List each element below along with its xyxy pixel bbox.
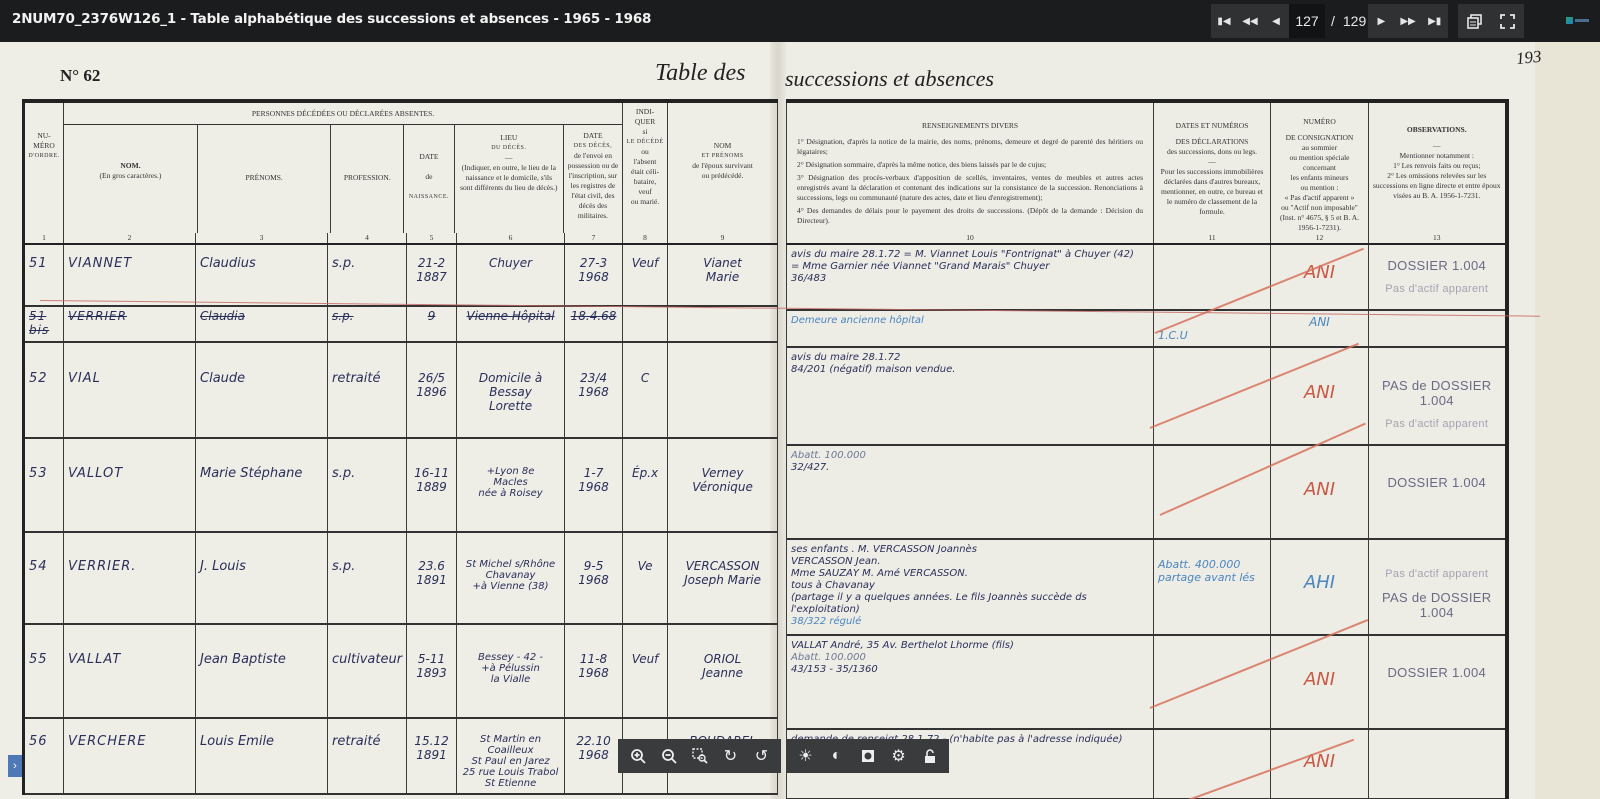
entry-spouse (668, 343, 777, 375)
entry-declaration-cell (1154, 729, 1271, 799)
entry-declaration (1154, 730, 1270, 752)
entry-profession-cell: retraité (328, 718, 407, 794)
stamp-text: PAS de DOSSIER 1.004 (1373, 590, 1501, 620)
text-line: Jeanne (672, 666, 773, 680)
entry-marital-status: Ve (623, 533, 667, 577)
text-line: 1968 (569, 385, 618, 399)
text-line: J. Louis (200, 559, 323, 574)
stamp-text: PAS de DOSSIER 1.004 (1373, 378, 1501, 408)
entry-first-names-cell: Claude (196, 342, 328, 438)
document-title: 2NUM70_2376W126_1 - Table alphabétique d… (12, 11, 651, 27)
text-line: ses enfants . M. VERCASSON Joannès (791, 544, 1149, 556)
col-header-13: OBSERVATIONS.—Mentionner notamment :1° L… (1369, 101, 1507, 233)
text-line: +à Vienne (38) (461, 581, 560, 592)
entry-death-place-cell: Domicile à BessayLorette (457, 342, 565, 438)
fullscreen-icon[interactable] (1491, 4, 1524, 38)
header-label: DES DÉCÈS, (564, 141, 622, 151)
entry-declaration (1154, 245, 1270, 267)
entry-death-date-cell: 1-71968 (565, 438, 623, 532)
entry-death-place-cell: Vienne Hôpital (457, 306, 565, 342)
header-line: — (1373, 141, 1501, 151)
table-row: 51VIANNETClaudiuss.p.21-21887Chuyer27-31… (24, 244, 778, 306)
text-line: Claudia (200, 309, 323, 323)
entry-consignation: ANI (1271, 348, 1368, 407)
col-header-10: RENSEIGNEMENTS DIVERS1° Désignation, d'a… (787, 101, 1154, 233)
entry-profession: s.p. (328, 533, 406, 578)
entry-death-place-cell: St Martin en CoailleuxSt Paul en Jarez25… (457, 718, 565, 794)
text-line: Joseph Marie (672, 573, 773, 587)
text-line: 25 rue Louis Trabol (461, 767, 560, 778)
text-line: la Vialle (461, 674, 560, 685)
text-line: Véronique (672, 480, 773, 494)
entry-profession: s.p. (328, 439, 406, 485)
header-title: DATES ET NUMÉROS (1158, 121, 1266, 131)
entry-info-cell: avis du maire 28.1.72 = M. Viannet Louis… (787, 244, 1154, 310)
entry-number: 56 (25, 719, 63, 753)
table-row: ses enfants . M. VERCASSON JoannèsVERCAS… (787, 539, 1507, 635)
text-line: +à Pélussin (461, 663, 560, 674)
text-line: s.p. (332, 466, 402, 481)
text-line: VERCHERE (68, 734, 191, 749)
header-title: NUMÉRO (1273, 117, 1366, 127)
entry-profession: retraité (328, 719, 406, 753)
header-label: veuf (623, 187, 667, 197)
text-line: VALLOT (68, 466, 191, 481)
text-line: VIAL (68, 371, 191, 386)
entry-profession-cell: retraité (328, 342, 407, 438)
table-row: Abatt. 100.00032/427.ANIDOSSIER 1.004 (787, 445, 1507, 539)
text-line: Bessey - 42 - (461, 652, 560, 663)
entry-name-cell: VIAL (64, 342, 196, 438)
text-line: VERCASSON (672, 559, 773, 573)
header-line: ou mention spéciale (1273, 153, 1366, 163)
gallery-icon[interactable] (1458, 4, 1491, 38)
table-row: 53VALLOTMarie Stéphanes.p.16-111889+Lyon… (24, 438, 778, 532)
entry-first-names-cell: Jean Baptiste (196, 624, 328, 718)
text-line: St Paul en Jarez (461, 756, 560, 767)
text-line: 18.4.68 (569, 309, 618, 323)
entry-death-date: 27-31968 (565, 245, 622, 288)
ledger-left-table: NU-MÉROD'ORDRE. PERSONNES DÉCÉDÉES OU DÉ… (22, 99, 778, 795)
header-label: LIEU (459, 133, 559, 143)
entry-birth-date: 9 (407, 307, 456, 327)
text-line: 55 (29, 652, 59, 667)
entry-profession: cultivateur (328, 625, 406, 671)
column-number: 5 (407, 233, 457, 244)
entry-info: Demeure ancienne hôpital (787, 311, 1153, 331)
ledger-right-table: RENSEIGNEMENTS DIVERS1° Désignation, d'a… (786, 99, 1509, 799)
entry-birth-date-cell: 9 (407, 306, 457, 342)
entry-birth-date-cell: 23.61891 (407, 532, 457, 624)
entry-death-place: St Martin en CoailleuxSt Paul en Jarez25… (457, 719, 564, 793)
table-row: VALLAT André, 35 Av. Berthelot Lhorme (f… (787, 635, 1507, 729)
entry-name-cell: VERRIER. (64, 532, 196, 624)
entry-declaration-cell: Abatt. 400.000 partage avant lés (1154, 539, 1271, 635)
text-line: Ve (627, 559, 663, 573)
entry-death-date-cell: 11-81968 (565, 624, 623, 718)
header-line: 3° Désignation des procès-verbaux d'appo… (797, 173, 1143, 203)
text-line: 36/483 (791, 273, 1149, 285)
entry-profession: s.p. (328, 245, 406, 275)
entry-death-place: +Lyon 8eMaclesnée à Roisey (457, 439, 564, 503)
entry-declaration-cell: 1.C.U (1154, 310, 1271, 347)
text-line: s.p. (332, 309, 402, 323)
text-line: Verney (672, 466, 773, 480)
entry-death-date-cell: 9-51968 (565, 532, 623, 624)
column-number: 6 (457, 233, 565, 244)
entry-number: 51 bis (25, 307, 63, 341)
header-title: RENSEIGNEMENTS DIVERS (797, 121, 1143, 131)
header-line: 4° Des demandes de délais pour le payeme… (797, 206, 1143, 226)
entry-marital-status: Veuf (623, 245, 667, 274)
rotate-right-icon[interactable]: ↻ (717, 742, 744, 770)
entry-name: VALLOT (64, 439, 195, 485)
zoom-out-icon[interactable] (655, 742, 682, 770)
entry-birth-date: 5-111893 (407, 625, 456, 684)
header-label: NOM (668, 141, 777, 151)
entry-declaration (1154, 446, 1270, 468)
header-line: « Pas d'actif apparent » (1273, 193, 1366, 203)
header-label: était céli- (623, 167, 667, 177)
header-label: D'ORDRE. (25, 151, 63, 161)
table-row: Demeure ancienne hôpital1.C.UANI (787, 310, 1507, 347)
header-label: (Indiquer, en outre, le lieu de la naiss… (459, 163, 559, 193)
first-page-icon[interactable]: ▮◀ (1211, 4, 1237, 38)
entry-info: Abatt. 100.00032/427. (787, 446, 1153, 478)
text-line: ORIOL (672, 652, 773, 666)
text-line: = Mme Garnier née Viannet "Grand Marais"… (791, 261, 1149, 273)
column-number: 11 (1154, 233, 1271, 244)
previous-icon[interactable]: ◀ (1263, 4, 1289, 38)
entry-consignation-cell: AHI (1271, 539, 1369, 635)
entry-observations: DOSSIER 1.004 (1369, 636, 1505, 694)
text-line: Claude (200, 371, 323, 386)
text-line: 51 bis (29, 309, 59, 337)
entry-number: 55 (25, 625, 63, 671)
entry-observations: Pas d'actif apparentPAS de DOSSIER 1.004 (1369, 540, 1505, 634)
entry-info: avis du maire 28.1.7284/201 (négatif) ma… (787, 348, 1153, 380)
header-label: bataire, (623, 177, 667, 187)
entry-observations-cell (1369, 729, 1507, 799)
entry-marital-status-cell: C (623, 342, 668, 438)
entry-marital-status: Ép.x (623, 439, 667, 484)
text-line: 23.6 (411, 559, 452, 573)
entry-observations (1369, 730, 1505, 751)
text-line: VERRIER (68, 309, 191, 323)
text-line: 1887 (411, 270, 452, 284)
entry-first-names: Claude (196, 343, 327, 390)
stamp-text: DOSSIER 1.004 (1373, 475, 1501, 490)
register-number: N° 62 (60, 66, 100, 86)
entry-death-place-cell: St Michel s/RhôneChavanay+à Vienne (38) (457, 532, 565, 624)
text-line: Abatt. 100.000 (791, 652, 1149, 664)
header-line: (Inst. n° 4675, § 5 et B. A. 1956-1-7231… (1273, 213, 1366, 233)
column-number: 7 (565, 233, 623, 244)
entry-first-names-cell: Claudia (196, 306, 328, 342)
entry-consignation: ANI (1271, 636, 1368, 694)
entry-marital-status-cell: Veuf (623, 244, 668, 306)
archive-logo (1566, 16, 1590, 24)
entry-marital-status-cell (623, 306, 668, 342)
entry-number-cell: 53 (24, 438, 64, 532)
last-page-icon[interactable]: ▶▮ (1421, 4, 1448, 38)
text-line: 53 (29, 466, 59, 481)
entry-spouse: ORIOLJeanne (668, 625, 777, 684)
text-line: 1968 (569, 666, 618, 680)
text-line: Chuyer (461, 256, 560, 270)
view-mode-group (1458, 4, 1524, 38)
header-label: NU- (25, 131, 63, 141)
entry-marital-status-cell: Ép.x (623, 438, 668, 532)
entry-death-place-cell: Bessey - 42 -+à Pélussinla Vialle (457, 624, 565, 718)
header-title: OBSERVATIONS. (1373, 125, 1501, 135)
text-line: VALLAT André, 35 Av. Berthelot Lhorme (f… (791, 640, 1149, 652)
entry-observations-cell: DOSSIER 1.004 (1369, 635, 1507, 729)
entry-spouse-cell: VerneyVéronique (668, 438, 778, 532)
text-line: 1891 (411, 573, 452, 587)
entry-info-cell: avis du maire 28.1.7284/201 (négatif) ma… (787, 347, 1154, 445)
table-row: 55VALLATJean Baptistecultivateur5-111893… (24, 624, 778, 718)
zoom-selection-icon[interactable] (686, 742, 713, 770)
folio-number: 193 (1515, 47, 1542, 70)
page-separator: / (1325, 13, 1343, 29)
header-line: DES DÉCLARATIONS (1158, 137, 1266, 147)
text-line: Abatt. 100.000 (791, 450, 1149, 462)
next-icon[interactable]: ▶ (1368, 4, 1395, 38)
entry-name-cell: VALLOT (64, 438, 196, 532)
rotate-left-icon[interactable]: ↺ (748, 742, 775, 770)
col-header-3: PRÉNOMS. (197, 125, 330, 233)
header-line: les enfants mineurs (1273, 173, 1366, 183)
header-line: 1° Les renvois faits ou reçus; (1373, 161, 1501, 171)
header-line: DE CONSIGNATION (1273, 133, 1366, 143)
text-line: VERRIER. (68, 559, 191, 574)
header-line: au sommier (1273, 143, 1366, 153)
text-line: 56 (29, 734, 59, 749)
entry-consignation-cell: ANI (1271, 310, 1369, 347)
text-line: 1896 (411, 385, 452, 399)
entry-birth-date-cell: 16-111889 (407, 438, 457, 532)
col-header-12: NUMÉRODE CONSIGNATIONau sommierou mentio… (1271, 101, 1369, 233)
text-line: 1-7 (569, 466, 618, 480)
entry-death-date-cell: 22.101968 (565, 718, 623, 794)
header-label: ou (623, 147, 667, 157)
stamp-text: Pas d'actif apparent (1373, 568, 1501, 580)
column-number: 13 (1369, 233, 1507, 244)
entry-death-place-cell: +Lyon 8eMaclesnée à Roisey (457, 438, 565, 532)
entry-name: VALLAT (64, 625, 195, 671)
header-line: Mentionner notamment : (1373, 151, 1501, 161)
header-label: PROFESSION. (331, 173, 403, 183)
text-line: 11-8 (569, 652, 618, 666)
group-title: PERSONNES DÉCÉDÉES OU DÉCLARÉES ABSENTES… (64, 103, 622, 125)
stamp-text: Pas d'actif apparent (1373, 418, 1501, 430)
entry-number-cell: 55 (24, 624, 64, 718)
right-header-row: RENSEIGNEMENTS DIVERS1° Désignation, d'a… (787, 101, 1507, 233)
zoom-in-icon[interactable] (624, 742, 651, 770)
text-line: 9-5 (569, 559, 618, 573)
text-line: VALLAT (68, 652, 191, 667)
entry-birth-date: 15.121891 (407, 719, 456, 766)
column-number: 10 (787, 233, 1154, 244)
text-line: 27-3 (569, 256, 618, 270)
image-adjust-toolbar: ☀ ◐ ⚙ (786, 739, 949, 773)
entry-name-cell: VIANNET (64, 244, 196, 306)
col-header-11: DATES ET NUMÉROSDES DÉCLARATIONSdes succ… (1154, 101, 1271, 233)
text-line: 21-2 (411, 256, 452, 270)
entry-first-names-cell: Louis Emile (196, 718, 328, 794)
title-left: Table des (655, 60, 745, 87)
entry-death-date: 9-51968 (565, 533, 622, 591)
entry-info: avis du maire 28.1.72 = M. Viannet Louis… (787, 245, 1153, 289)
document-canvas[interactable]: N° 62 Table des successions et absences … (0, 42, 1600, 799)
text-line: tous à Chavanay (791, 580, 1149, 592)
page-number-input[interactable]: 127 (1289, 4, 1325, 38)
table-row: 51 bisVERRIERClaudias.p.9Vienne Hôpital1… (24, 306, 778, 342)
entry-death-date: 1-71968 (565, 439, 622, 498)
entry-death-place: Chuyer (457, 245, 564, 274)
entry-first-names: Marie Stéphane (196, 439, 327, 485)
header-label: QUER (623, 117, 667, 127)
text-line: 1893 (411, 666, 452, 680)
text-line: 22.10 (569, 734, 618, 748)
entry-profession-cell: s.p. (328, 438, 407, 532)
header-label: de l'envoi en possession ou de l'inscrip… (564, 151, 622, 221)
unlock-icon[interactable] (916, 742, 943, 770)
column-number: 3 (196, 233, 328, 244)
header-label: — (459, 153, 559, 163)
entry-birth-date-cell: 5-111893 (407, 624, 457, 718)
entry-spouse-cell: VianetMarie (668, 244, 778, 306)
entry-first-names-cell: Claudius (196, 244, 328, 306)
entry-number: 54 (25, 533, 63, 578)
column-number: 4 (328, 233, 407, 244)
entry-marital-status-cell: Veuf (623, 624, 668, 718)
text-line: VERCASSON Jean. (791, 556, 1149, 568)
entry-name-cell: VERCHERE (64, 718, 196, 794)
table-row: avis du maire 28.1.7284/201 (négatif) ma… (787, 347, 1507, 445)
entry-spouse-cell (668, 342, 778, 438)
entry-death-date: 18.4.68 (565, 307, 622, 327)
entry-profession-cell: cultivateur (328, 624, 407, 718)
entry-birth-date: 16-111889 (407, 439, 456, 498)
text-line: Vianet (672, 256, 773, 270)
sidebar-expand-button[interactable]: › (8, 755, 22, 777)
header-label: de l'époux survivant (668, 161, 777, 171)
header-label: PRÉNOMS. (198, 173, 330, 183)
entry-first-names: Louis Emile (196, 719, 327, 753)
text-line: Louis Emile (200, 734, 323, 749)
column-number: 8 (623, 233, 668, 244)
header-label: DATE (564, 131, 622, 141)
entry-declaration-cell (1154, 244, 1271, 310)
text-line: Veuf (627, 256, 663, 270)
brightness-icon[interactable]: ☀ (792, 742, 819, 770)
text-line: 16-11 (411, 466, 452, 480)
page-indicator: 127 / 129 (1289, 4, 1374, 38)
text-line: Lorette (461, 399, 560, 413)
entry-observations: PAS de DOSSIER 1.004Pas d'actif apparent (1369, 348, 1505, 444)
entry-spouse-cell (668, 306, 778, 342)
entry-number-cell: 54 (24, 532, 64, 624)
header-line: ou "Actif non imposable" (1273, 203, 1366, 213)
reset-adjustments-icon[interactable]: ⚙ (885, 742, 912, 770)
title-right: successions et absences (785, 66, 994, 92)
invert-icon[interactable] (854, 742, 881, 770)
table-row: 54VERRIER.J. Louiss.p.23.61891St Michel … (24, 532, 778, 624)
text-line: 1968 (569, 573, 618, 587)
column-number: 12 (1271, 233, 1369, 244)
entry-declaration: 1.C.U (1154, 311, 1270, 346)
entry-birth-date-cell: 21-21887 (407, 244, 457, 306)
text-line: (partage il y a quelques années. Le fils… (791, 592, 1149, 616)
text-line: 52 (29, 371, 59, 386)
entry-info: VALLAT André, 35 Av. Berthelot Lhorme (f… (787, 636, 1153, 680)
text-line: 1968 (569, 748, 618, 762)
col-header-2: NOM.(En gros caractères.) (64, 125, 197, 233)
col-header-7: DATEDES DÉCÈS,de l'envoi en possession o… (563, 125, 622, 233)
col-header-8: INDI-QUERsiLE DÉCÉDÉoul'absentétait céli… (623, 101, 668, 233)
header-label: (En gros caractères.) (64, 171, 197, 181)
entry-marital-status (623, 719, 667, 738)
page-nav-back-group: ▮◀ ◀◀ ◀ (1211, 4, 1289, 38)
text-line: 1891 (411, 748, 452, 762)
text-line: 54 (29, 559, 59, 574)
entry-birth-date-cell: 26/51896 (407, 342, 457, 438)
entry-number-cell: 51 (24, 244, 64, 306)
contrast-icon[interactable]: ◐ (823, 742, 850, 770)
header-label: ou marié. (623, 197, 667, 207)
col-header-4: PROFESSION. (331, 125, 404, 233)
text-line: s.p. (332, 256, 402, 271)
entry-consignation-cell: ANI (1271, 635, 1369, 729)
col-header-6: LIEUDU DÉCÈS.—(Indiquer, en outre, le li… (454, 125, 563, 233)
entry-first-names-cell: Marie Stéphane (196, 438, 328, 532)
header-line: 2° Les omissions relevées sur les succes… (1373, 171, 1501, 201)
text-line: 51 (29, 256, 59, 271)
entry-info-cell: Abatt. 100.00032/427. (787, 445, 1154, 539)
entry-spouse: VerneyVéronique (668, 439, 777, 498)
text-line: 23/4 (569, 371, 618, 385)
header-label: INDI- (623, 107, 667, 117)
header-label: NAISSANCE. (404, 187, 454, 207)
entry-declaration (1154, 348, 1270, 370)
entry-observations: DOSSIER 1.004 (1369, 446, 1505, 504)
col-header-5: DATEdeNAISSANCE. (404, 125, 455, 233)
zoom-rotate-toolbar: ↻ ↺ (618, 739, 781, 773)
text-line: +Lyon 8e (461, 466, 560, 477)
entry-first-names-cell: J. Louis (196, 532, 328, 624)
page-edge (1535, 42, 1600, 799)
text-line: St Martin en Coailleux (461, 734, 560, 756)
entry-death-place: St Michel s/RhôneChavanay+à Vienne (38) (457, 533, 564, 596)
header-label: NOM. (64, 161, 197, 171)
header-label: de (404, 167, 454, 187)
header-label: DU DÉCÈS. (459, 143, 559, 153)
header-line: Pour les successions immobilières déclar… (1158, 167, 1266, 217)
rewind-icon[interactable]: ◀◀ (1237, 4, 1263, 38)
text-line: VIANNET (68, 256, 191, 271)
text-line: Jean Baptiste (200, 652, 323, 667)
header-line: des successions, dons ou legs. (1158, 147, 1266, 157)
group-header: PERSONNES DÉCÉDÉES OU DÉCLARÉES ABSENTES… (64, 101, 623, 233)
text-line: retraité (332, 371, 402, 386)
fast-forward-icon[interactable]: ▶▶ (1395, 4, 1422, 38)
table-row: 52VIALClauderetraité26/51896Domicile à B… (24, 342, 778, 438)
text-line: Macles (461, 477, 560, 488)
text-line: St Michel s/Rhône (461, 559, 560, 570)
stamp-text: DOSSIER 1.004 (1373, 258, 1501, 273)
